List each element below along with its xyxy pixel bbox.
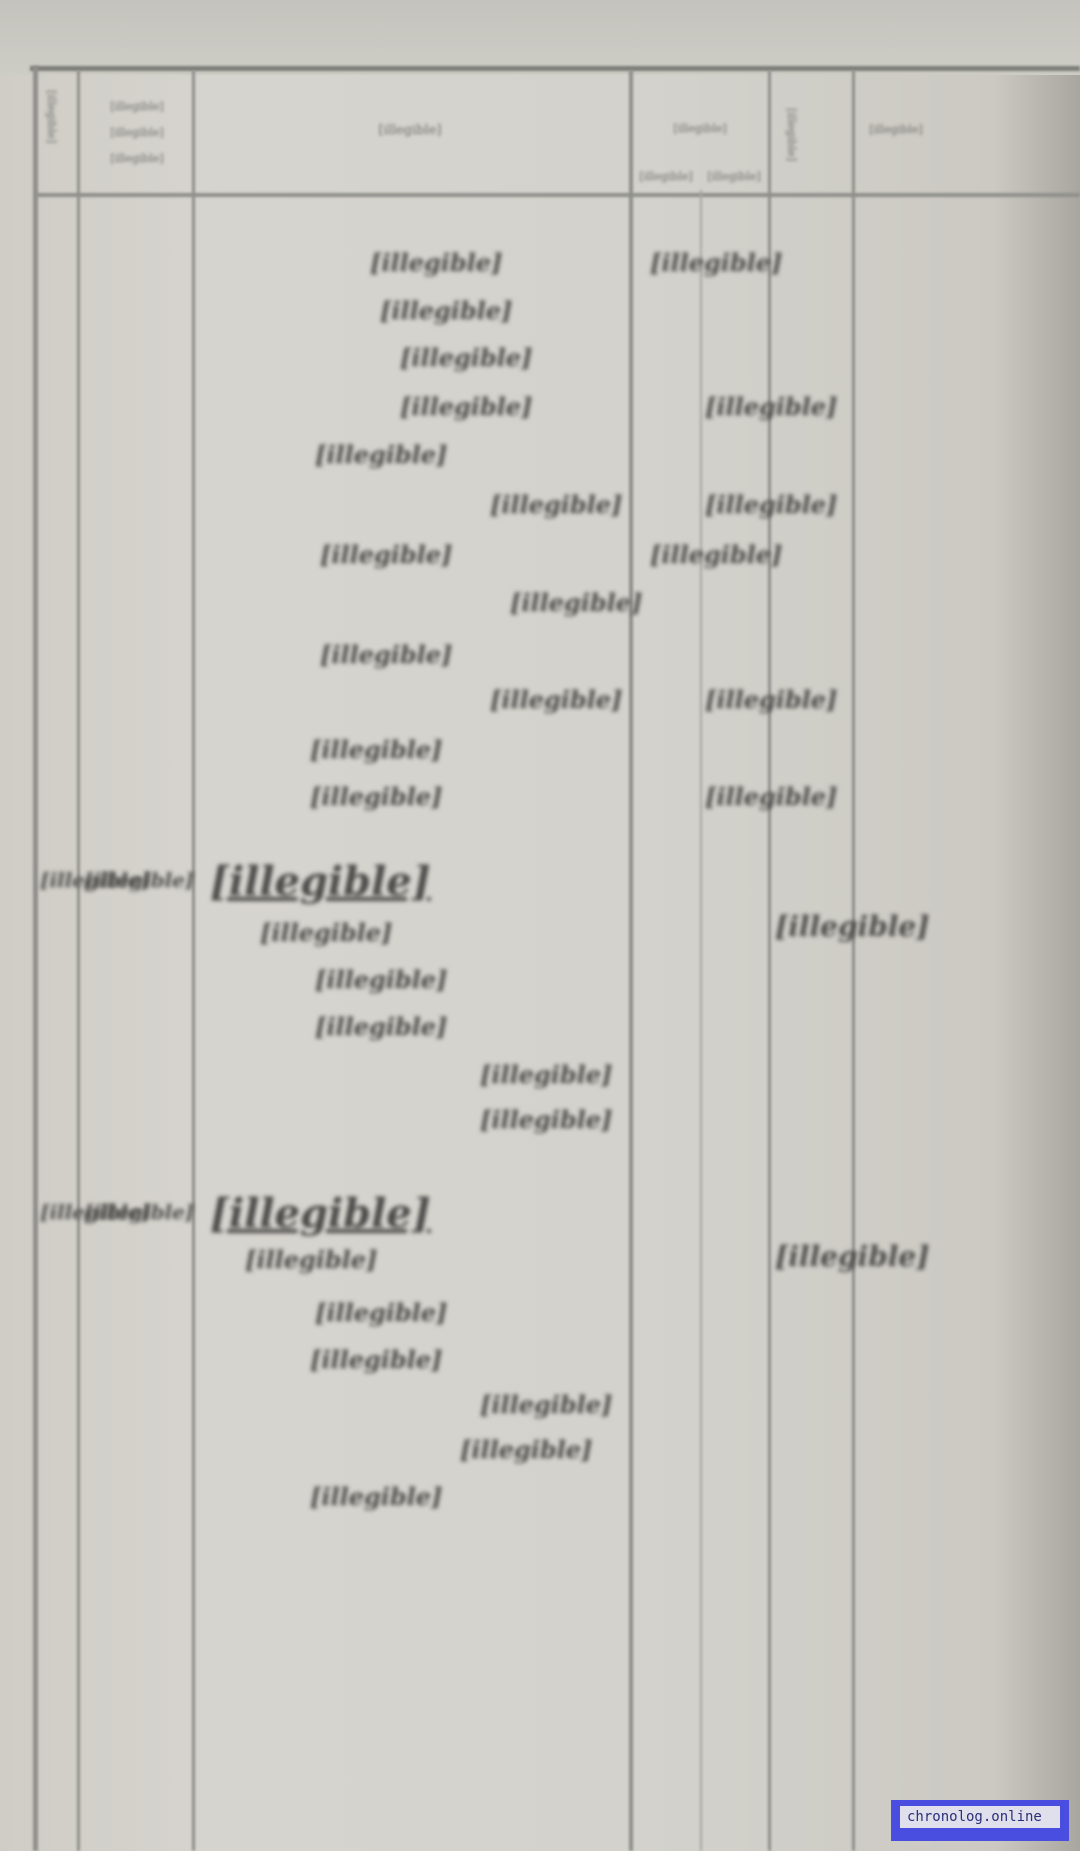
header-col2-line3: [illegible] [92, 152, 182, 165]
entry3-line4: [illegible] [480, 1390, 612, 1419]
entry2-line5: [illegible] [480, 1105, 612, 1134]
entry3-line1: [illegible] [245, 1245, 377, 1274]
header-col2-line2: [illegible] [92, 126, 182, 139]
entry1-line7-a: [illegible] [650, 540, 782, 569]
header-col6: [illegible] [866, 123, 926, 136]
entry1-line12-b: [illegible] [705, 782, 837, 811]
col-divider-3 [629, 70, 633, 1851]
entry1-line10-b: [illegible] [705, 685, 837, 714]
watermark-text: chronolog.online [900, 1806, 1060, 1828]
entry1-line4: [illegible] [400, 392, 532, 421]
entry1-line1: [illegible] [370, 248, 502, 277]
header-col4-top: [illegible] [640, 122, 760, 135]
entry3-date: [illegible] [84, 1200, 194, 1224]
col-divider-5 [768, 70, 771, 1851]
entry1-line2: [illegible] [380, 296, 512, 325]
entry1-line1-a: [illegible] [650, 248, 782, 277]
entry1-line10: [illegible] [490, 685, 622, 714]
entry1-line12: [illegible] [310, 782, 442, 811]
entry3-line2: [illegible] [315, 1298, 447, 1327]
header-col3: [illegible] [260, 123, 560, 138]
page-top-margin [0, 0, 1080, 75]
entry2-line3: [illegible] [315, 1012, 447, 1041]
header-col4-sub-b: [illegible] [704, 170, 764, 183]
entry1-line8: [illegible] [510, 588, 642, 617]
table-left-border [33, 66, 38, 1851]
watermark-badge: chronolog.online [891, 1800, 1069, 1841]
entry2-line1: [illegible] [260, 918, 392, 947]
entry3-line3: [illegible] [310, 1345, 442, 1374]
header-col4-sub-a: [illegible] [636, 170, 696, 183]
entry1-line9: [illegible] [320, 640, 452, 669]
entry3-line5: [illegible] [460, 1435, 592, 1464]
entry2-name: [illegible] [210, 858, 431, 905]
table-top-border [30, 66, 1080, 71]
entry3-line6: [illegible] [310, 1482, 442, 1511]
col-divider-2 [192, 70, 195, 1851]
col-divider-6 [852, 70, 855, 1851]
entry1-line6-b: [illegible] [705, 490, 837, 519]
entry2-line2: [illegible] [315, 965, 447, 994]
entry2-year: [illegible] [775, 910, 929, 943]
entry2-date: [illegible] [84, 868, 194, 892]
col-divider-4 [700, 190, 702, 1851]
entry1-line6: [illegible] [490, 490, 622, 519]
col-divider-1 [77, 70, 80, 1851]
entry1-line7: [illegible] [320, 540, 452, 569]
ledger-page: [illegible] [illegible] [illegible] [ill… [0, 0, 1080, 1851]
header-col5: [illegible] [785, 85, 798, 185]
entry1-line5: [illegible] [315, 440, 447, 469]
header-col1: [illegible] [45, 90, 58, 143]
entry2-line4: [illegible] [480, 1060, 612, 1089]
header-col2-line1: [illegible] [92, 100, 182, 113]
entry3-name: [illegible] [210, 1190, 431, 1237]
entry1-line3: [illegible] [400, 343, 532, 372]
entry1-line11: [illegible] [310, 735, 442, 764]
entry1-line4-b: [illegible] [705, 392, 837, 421]
entry3-year: [illegible] [775, 1240, 929, 1273]
